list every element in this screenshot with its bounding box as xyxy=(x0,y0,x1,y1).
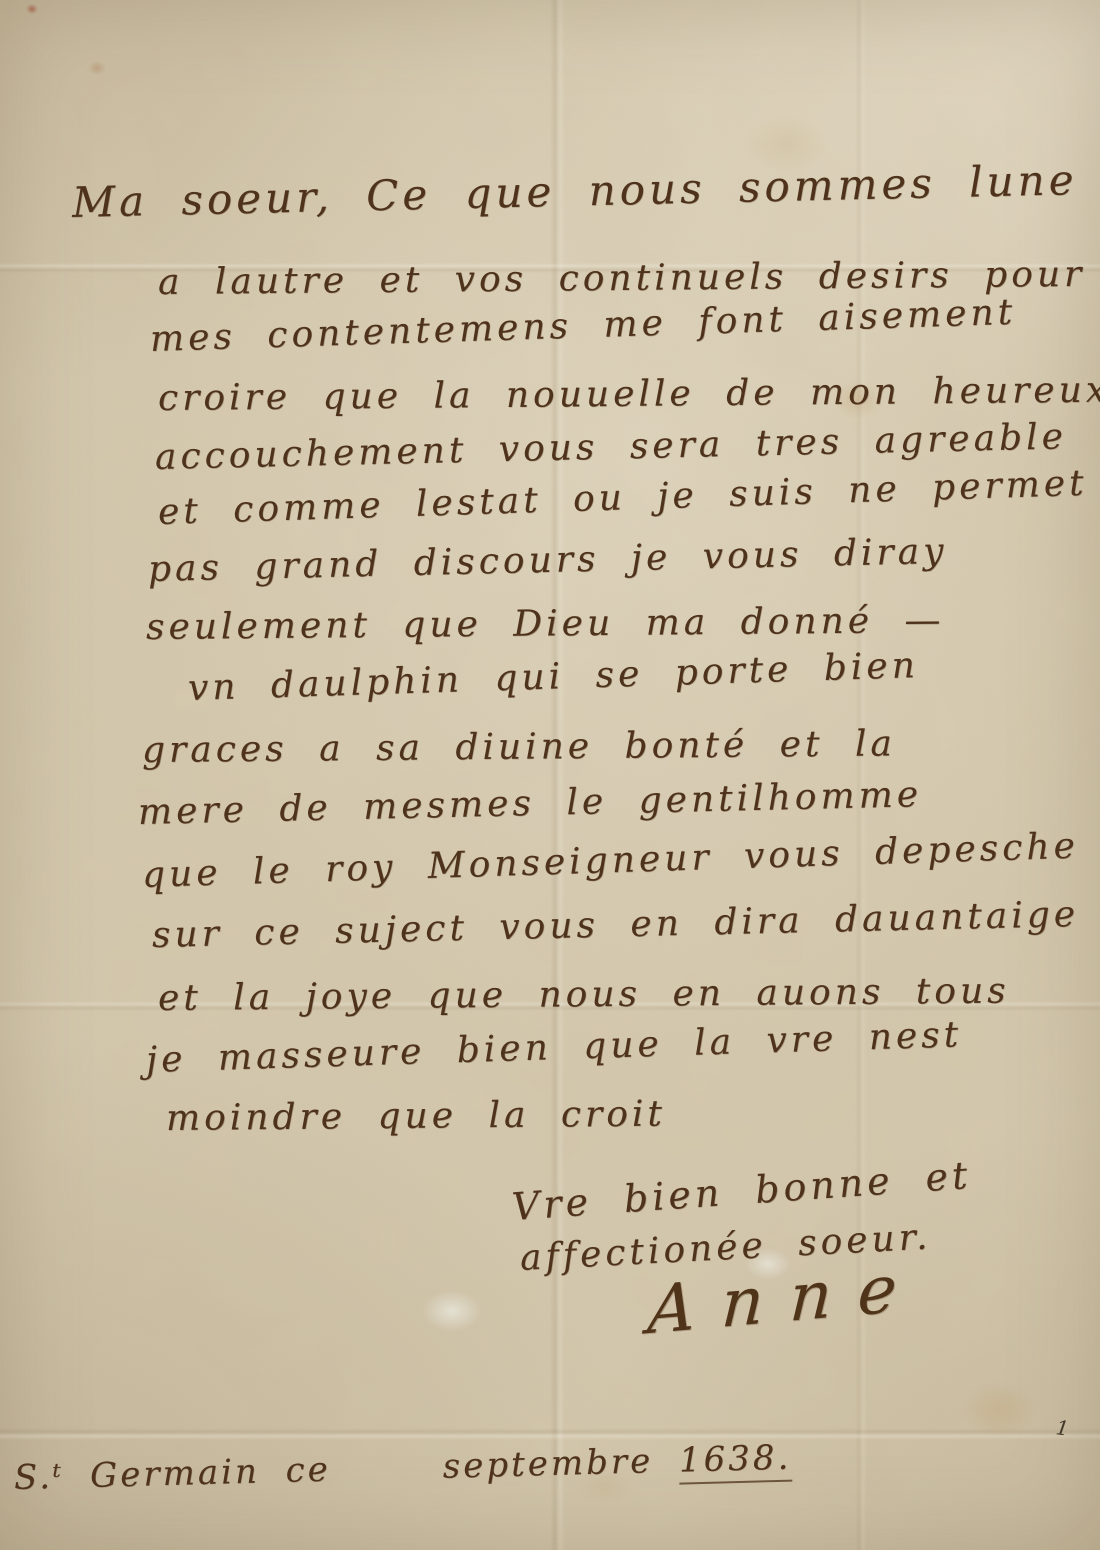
letter-line: pas grand discours je vous diray xyxy=(148,531,948,590)
manuscript-page: Ma soeur, Ce que nous sommes lune a laut… xyxy=(0,0,1100,1550)
letter-line: sur ce suject vous en dira dauantaige xyxy=(152,894,1080,956)
letter-line: je masseure bien que la vre nest xyxy=(145,1014,962,1081)
dateline-place: S.ᵗ Germain ce xyxy=(13,1450,331,1498)
letter-line: que le roy Monseigneur vous depesche xyxy=(141,826,1079,896)
letter-line: graces a sa diuine bonté et la xyxy=(142,723,896,771)
letter-line: moindre que la croit xyxy=(166,1094,666,1139)
letter-body: Ma soeur, Ce que nous sommes lune a laut… xyxy=(0,0,1100,1550)
letter-line: Ma soeur, Ce que nous sommes lune xyxy=(71,155,1078,227)
letter-line: vn daulphin qui se porte bien xyxy=(187,645,919,709)
letter-line: mere de mesmes le gentilhomme xyxy=(138,774,923,833)
letter-line: seulement que Dieu ma donné — xyxy=(146,600,945,648)
letter-line: mes contentemens me font aisement xyxy=(149,292,1016,360)
letter-line: croire que la nouuelle de mon heureux xyxy=(158,370,1100,419)
dateline-year: 1638. xyxy=(678,1438,791,1485)
letter-line: et la joye que nous en auons tous xyxy=(158,971,1010,1019)
dateline-blank-gap xyxy=(331,1478,443,1481)
dateline-month: septembre xyxy=(442,1441,653,1486)
